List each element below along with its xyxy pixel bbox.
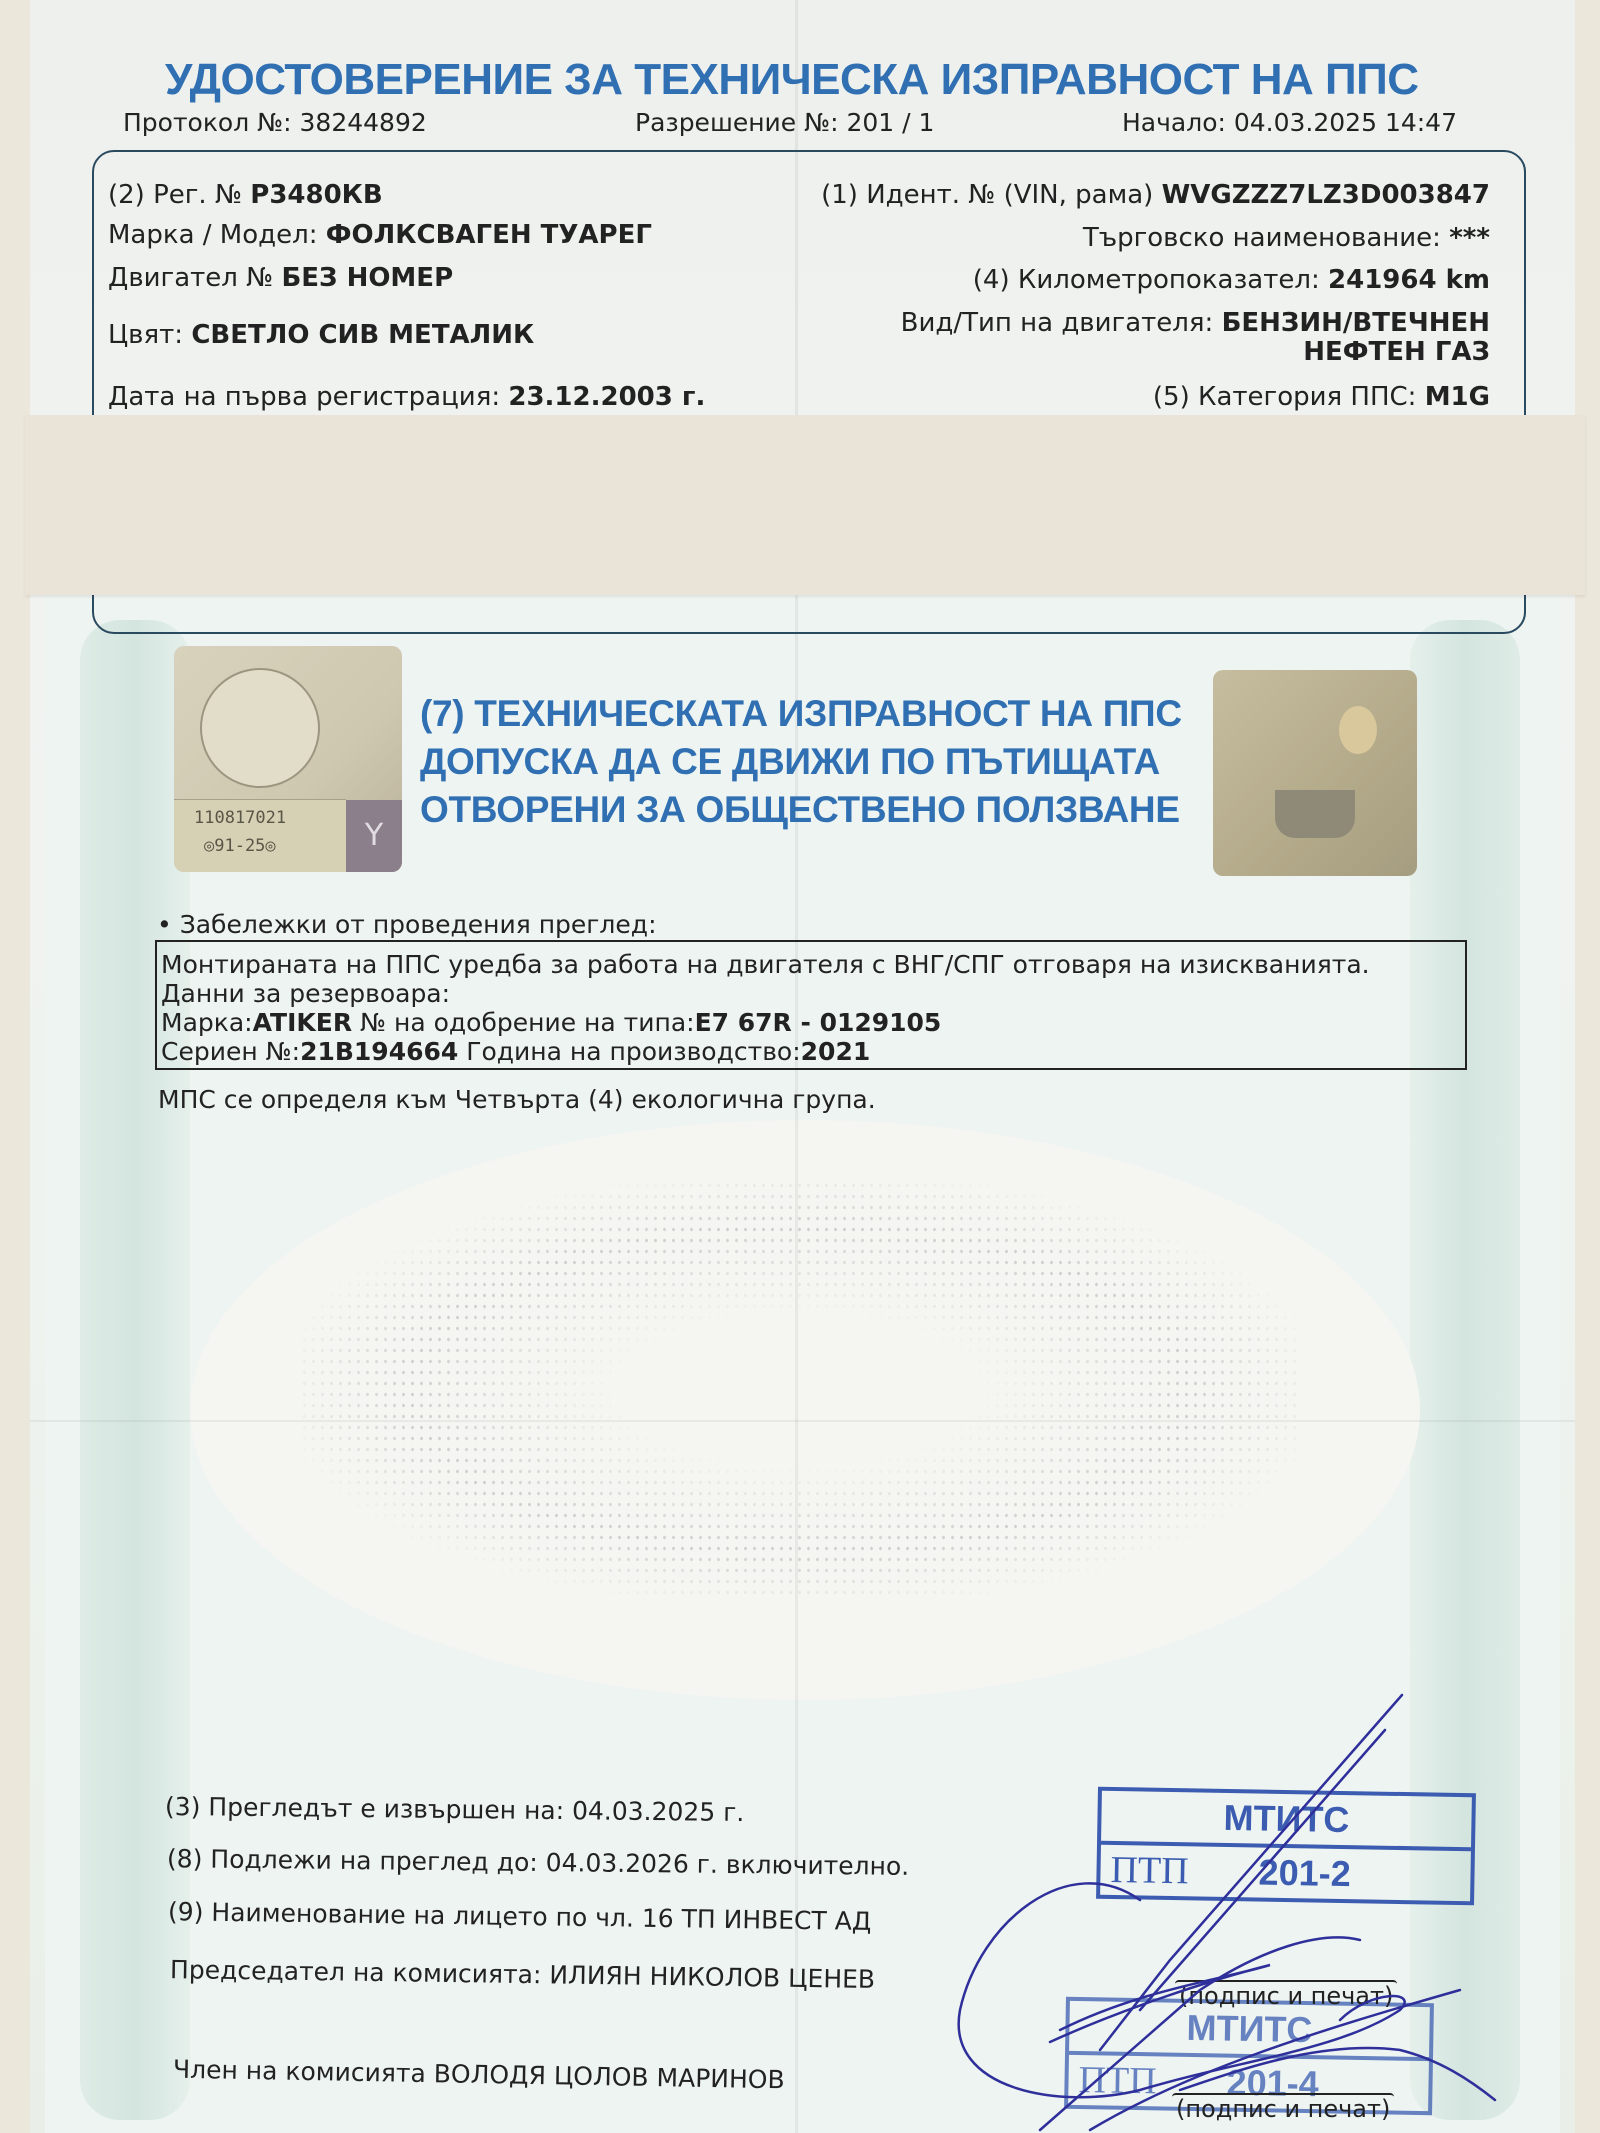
official-stamp-1: МТИТС ПТП201-2 xyxy=(1096,1787,1476,1906)
notes-tank-data-heading: Данни за резервоара: xyxy=(161,979,1461,1008)
stamp-2-prefix: ПТП xyxy=(1078,2059,1157,2102)
stamp-1-number: 201-2 xyxy=(1258,1852,1351,1895)
stamp-1-bottom-row: ПТП201-2 xyxy=(1100,1845,1471,1901)
tank-brand-label: Марка: xyxy=(161,1008,253,1037)
statement-line-2: ДОПУСКА ДА СЕ ДВИЖИ ПО ПЪТИЩАТА xyxy=(420,738,1200,786)
engine-type-value-line2: НЕФТЕН ГАЗ xyxy=(1303,337,1490,367)
stamp-1-org: МТИТС xyxy=(1101,1791,1472,1851)
first-registration-field: Дата на първа регистрация: 23.12.2003 г. xyxy=(108,382,705,412)
vin-value: WVGZZZ7LZ3D003847 xyxy=(1162,180,1490,210)
engine-type-field: Вид/Тип на двигателя: БЕНЗИН/ВТЕЧНЕН xyxy=(901,308,1490,338)
engine-number-value: БЕЗ НОМЕР xyxy=(281,263,453,293)
stamp-1-prefix: ПТП xyxy=(1110,1849,1189,1892)
agency-logo-icon: Y xyxy=(346,800,402,872)
trade-name-value: *** xyxy=(1449,223,1490,253)
odometer-field: (4) Километропоказател: 241964 km xyxy=(973,265,1490,295)
reg-number-field: (2) Рег. № Р3480КВ xyxy=(108,180,383,210)
tank-serial-value: 21B194664 xyxy=(300,1037,458,1066)
engine-number-label: Двигател № xyxy=(108,263,281,293)
hologram-serial: 110817021 xyxy=(194,808,286,828)
color-field: Цвят: СВЕТЛО СИВ МЕТАЛИК xyxy=(108,320,534,350)
tape-strip-covering-section xyxy=(25,415,1585,595)
color-label: Цвят: xyxy=(108,320,191,350)
hologram-serial-box: 110817021 ◎91-25◎ xyxy=(174,799,346,872)
tank-serial-label: Сериен №: xyxy=(161,1037,300,1066)
hologram-sticker-left: 110817021 ◎91-25◎ Y xyxy=(174,646,402,872)
category-field: (5) Категория ППС: M1G xyxy=(1153,382,1490,412)
odometer-value: 241964 km xyxy=(1328,265,1490,295)
tank-approval-label: № на одобрение на типа: xyxy=(352,1008,694,1037)
inspection-date-line: (3) Прегледът е извършен на: 04.03.2025 … xyxy=(165,1792,745,1827)
notes-lpg-compliance: Монтираната на ППС уредба за работа на д… xyxy=(161,950,1461,979)
permit-number: Разрешение №: 201 / 1 xyxy=(635,108,934,137)
color-value: СВЕТЛО СИВ МЕТАЛИК xyxy=(191,320,534,350)
hologram-emblem-icon xyxy=(200,668,320,788)
hologram-sticker-right xyxy=(1213,670,1417,876)
roadworthiness-statement: (7) ТЕХНИЧЕСКАТА ИЗПРАВНОСТ НА ППС ДОПУС… xyxy=(420,690,1200,834)
inspection-notes-box: Монтираната на ППС уредба за работа на д… xyxy=(155,940,1467,1070)
eco-group-line: МПС се определя към Четвърта (4) екологи… xyxy=(158,1085,876,1114)
paper-fold-horizontal xyxy=(30,1420,1575,1422)
category-value: M1G xyxy=(1425,382,1490,412)
make-model-field: Марка / Модел: ФОЛКСВАГЕН ТУАРЕГ xyxy=(108,220,652,250)
statement-line-3: ОТВОРЕНИ ЗА ОБЩЕСТВЕНО ПОЛЗВАНЕ xyxy=(420,786,1200,834)
signature-caption-2: (подпис и печат) xyxy=(1172,2093,1394,2123)
start-datetime: Начало: 04.03.2025 14:47 xyxy=(1122,108,1457,137)
reg-number-value: Р3480КВ xyxy=(250,180,383,210)
notes-tank-serial-line: Сериен №:21B194664 Година на производств… xyxy=(161,1037,1461,1066)
odometer-label: (4) Километропоказател: xyxy=(973,265,1328,295)
vin-label: (1) Идент. № (VIN, рама) xyxy=(821,180,1161,210)
first-registration-value: 23.12.2003 г. xyxy=(508,382,705,412)
trade-name-label: Търговско наименование: xyxy=(1083,223,1449,253)
coat-of-arms-icon xyxy=(1275,790,1355,838)
reg-number-label: (2) Рег. № xyxy=(108,180,250,210)
security-dot-pattern xyxy=(300,1180,1300,1600)
hologram-oval-icon xyxy=(1339,706,1377,754)
engine-type-value-line1: БЕНЗИН/ВТЕЧНЕН xyxy=(1222,308,1490,338)
tank-approval-value: E7 67R - 0129105 xyxy=(695,1008,942,1037)
document-title: УДОСТОВЕРЕНИЕ ЗА ТЕХНИЧЕСКА ИЗПРАВНОСТ Н… xyxy=(165,55,1445,105)
protocol-number: Протокол №: 38244892 xyxy=(123,108,427,137)
vin-field: (1) Идент. № (VIN, рама) WVGZZZ7LZ3D0038… xyxy=(821,180,1490,210)
first-registration-label: Дата на първа регистрация: xyxy=(108,382,508,412)
tank-brand-value: ATIKER xyxy=(253,1008,352,1037)
hologram-code: ◎91-25◎ xyxy=(204,836,276,856)
engine-type-field-line2: НЕФТЕН ГАЗ xyxy=(1303,337,1490,367)
trade-name-field: Търговско наименование: *** xyxy=(1083,223,1490,253)
tank-year-value: 2021 xyxy=(801,1037,871,1066)
make-model-label: Марка / Модел: xyxy=(108,220,326,250)
engine-type-label: Вид/Тип на двигателя: xyxy=(901,308,1222,338)
inspection-notes-label: • Забележки от проведения преглед: xyxy=(157,910,657,939)
engine-number-field: Двигател № БЕЗ НОМЕР xyxy=(108,263,453,293)
tank-year-label: Година на производство: xyxy=(458,1037,800,1066)
signature-caption-1: (подпис и печат) xyxy=(1175,1980,1397,2010)
make-model-value: ФОЛКСВАГЕН ТУАРЕГ xyxy=(326,220,652,250)
notes-tank-brand-line: Марка:ATIKER № на одобрение на типа:E7 6… xyxy=(161,1008,1461,1037)
statement-line-1: (7) ТЕХНИЧЕСКАТА ИЗПРАВНОСТ НА ППС xyxy=(420,690,1200,738)
category-label: (5) Категория ППС: xyxy=(1153,382,1425,412)
